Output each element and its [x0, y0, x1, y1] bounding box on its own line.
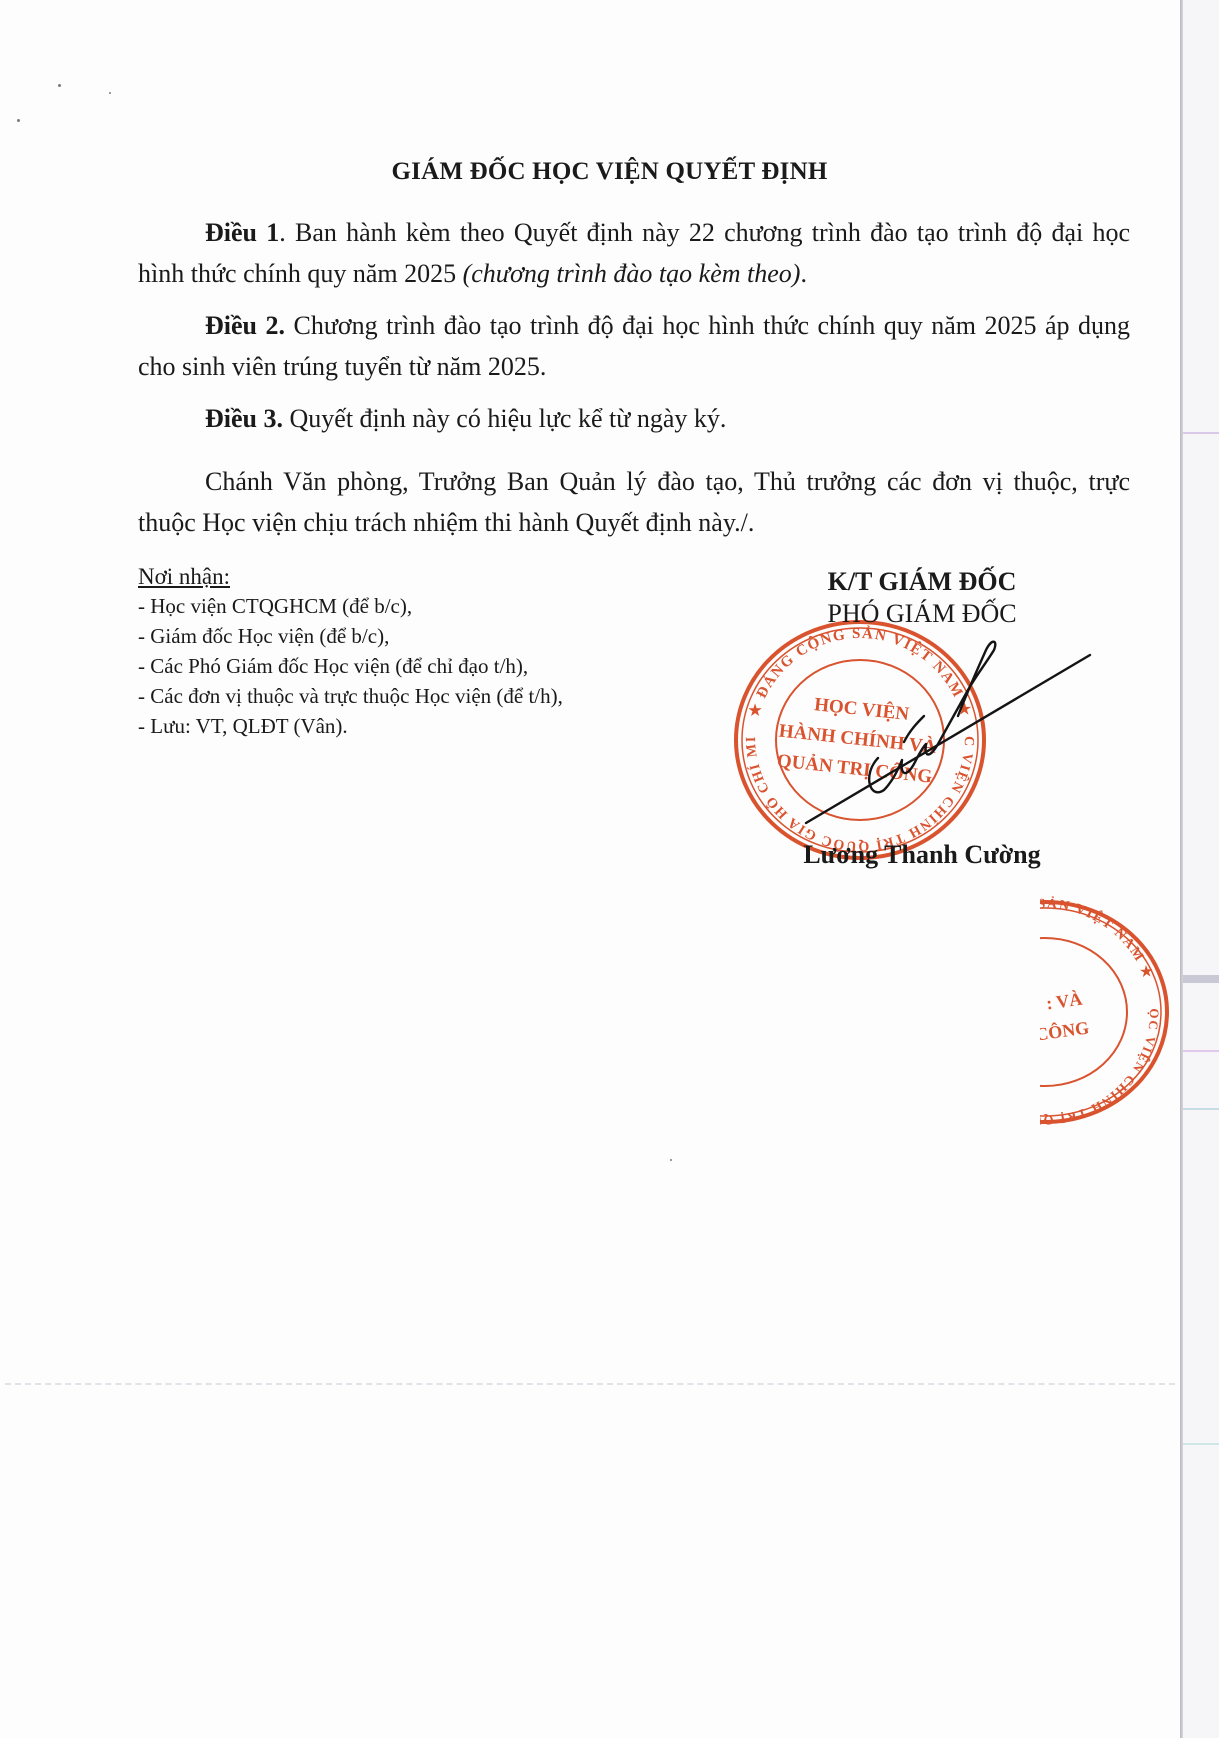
recipient-item: - Các đơn vị thuộc và trực thuộc Học việ… [138, 681, 563, 711]
svg-text:HỌC VIỆN: HỌC VIỆN [813, 693, 910, 725]
partial-stamp-seal-icon: ★ ĐẢNG CỘNG SẢN VIỆT NAM ★ HỌC VIỆN CHÍN… [1040, 895, 1175, 1130]
recipient-item: - Các Phó Giám đốc Học viện (để chỉ đạo … [138, 651, 563, 681]
signer-position: PHÓ GIÁM ĐỐC [772, 599, 1072, 629]
decision-heading: GIÁM ĐỐC HỌC VIỆN QUYẾT ĐỊNH [0, 158, 1219, 186]
scan-streak [1183, 432, 1219, 434]
scan-streak [1183, 1050, 1219, 1052]
stamp-seal-icon: ★ ĐẢNG CỘNG SẢN VIỆT NAM ★ HỌC VIỆN CHÍN… [730, 615, 990, 865]
article-2: Điều 2. Chương trình đào tạo trình độ đạ… [138, 305, 1130, 387]
signer-name: Lương Thanh Cường [772, 840, 1072, 870]
dust-speck [670, 1159, 672, 1161]
article-label: Điều 3. [205, 404, 283, 433]
recipients-list: Nơi nhận: - Học viện CTQGHCM (để b/c), -… [138, 563, 563, 741]
on-behalf-label: K/T GIÁM ĐỐC [772, 565, 1072, 599]
scan-streak [1183, 1443, 1219, 1445]
article-label: Điều 2. [205, 311, 285, 340]
scan-streak [1183, 1108, 1219, 1110]
svg-text:CÔNG: CÔNG [1040, 1016, 1090, 1044]
article-1: Điều 1. Ban hành kèm theo Quyết định này… [138, 212, 1130, 294]
article-label: Điều 1 [205, 218, 279, 247]
article-italic-note: (chương trình đào tạo kèm theo) [463, 259, 801, 288]
dust-speck [17, 119, 20, 122]
fold-line [5, 1383, 1175, 1385]
dust-speck [58, 84, 61, 87]
partial-stamp: ★ ĐẢNG CỘNG SẢN VIỆT NAM ★ HỌC VIỆN CHÍN… [1040, 895, 1180, 1130]
article-end: . [800, 259, 807, 288]
recipients-heading: Nơi nhận: [138, 563, 563, 591]
article-3: Điều 3. Quyết định này có hiệu lực kể từ… [138, 398, 1130, 439]
article-text: Chương trình đào tạo trình độ đại học hì… [138, 311, 1130, 381]
scan-margin [1183, 0, 1219, 1738]
signature-block: K/T GIÁM ĐỐC PHÓ GIÁM ĐỐC [772, 565, 1072, 629]
svg-text:: VÀ: : VÀ [1045, 988, 1084, 1014]
closing-paragraph: Chánh Văn phòng, Trưởng Ban Quản lý đào … [138, 461, 1130, 543]
article-text: Quyết định này có hiệu lực kể từ ngày ký… [283, 404, 726, 433]
scan-streak [1183, 975, 1219, 983]
document-page: GIÁM ĐỐC HỌC VIỆN QUYẾT ĐỊNH Điều 1. Ban… [0, 0, 1219, 1738]
recipient-item: - Lưu: VT, QLĐT (Vân). [138, 711, 563, 741]
recipient-item: - Giám đốc Học viện (để b/c), [138, 621, 563, 651]
scan-page-edge [1180, 0, 1183, 1738]
official-stamp: ★ ĐẢNG CỘNG SẢN VIỆT NAM ★ HỌC VIỆN CHÍN… [730, 615, 990, 865]
dust-speck [109, 92, 111, 94]
recipient-item: - Học viện CTQGHCM (để b/c), [138, 591, 563, 621]
